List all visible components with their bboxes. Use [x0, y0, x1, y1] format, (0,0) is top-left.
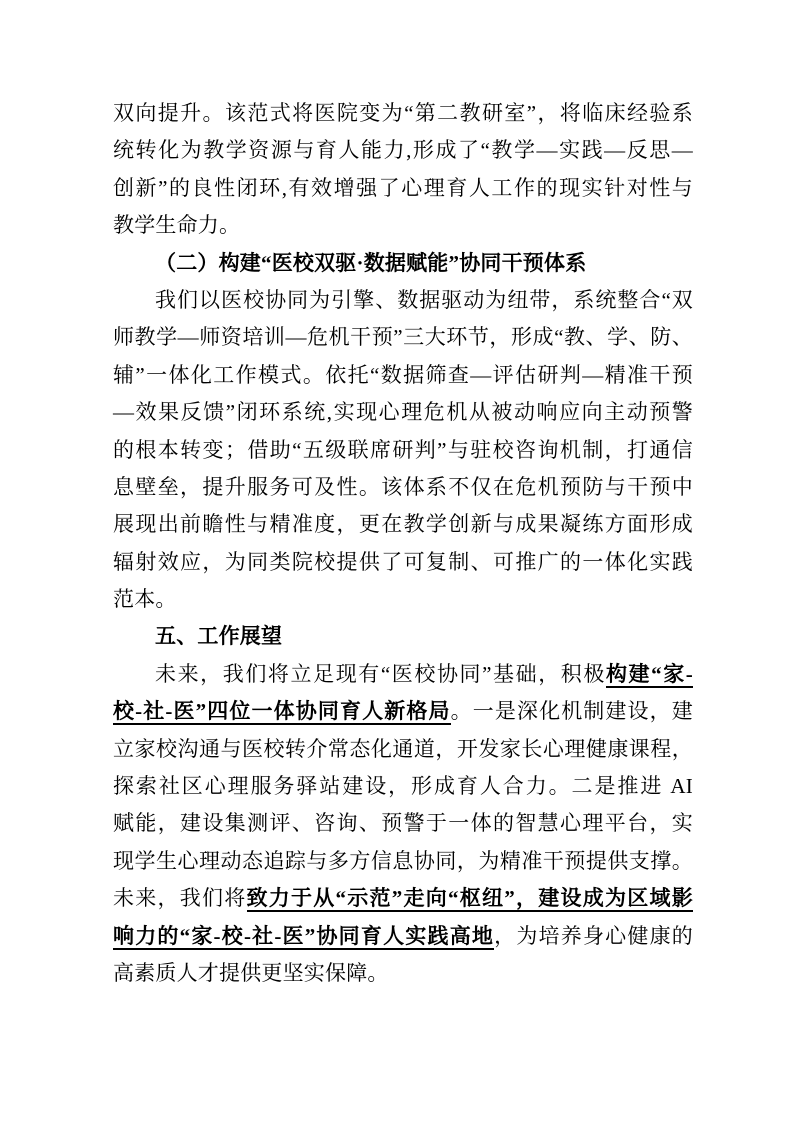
text-run: 息壁垒，提升服务可及性。该体系不仅在危机预防与干预中: [113, 475, 693, 499]
text-run: 辐射效应，为同类院校提供了可复制、可推广的一体化实践: [113, 550, 693, 574]
text-run: 展现出前瞻性与精准度，更在教学创新与成果凝练方面形成: [113, 512, 693, 536]
text-run: 。一是深化机制建设，建: [451, 699, 693, 723]
text-line: 展现出前瞻性与精准度，更在教学创新与成果凝练方面形成: [113, 506, 693, 543]
text-line: 息壁垒，提升服务可及性。该体系不仅在危机预防与干预中: [113, 469, 693, 506]
text-run: 范本。: [113, 587, 177, 611]
text-run: 现学生心理动态追踪与多方信息协同，为精准干预提供支撑。: [113, 849, 693, 873]
text-run: 教学生命力。: [113, 213, 240, 237]
text-run: —效果反馈”闭环系统,实现心理危机从被动响应向主动预警: [113, 400, 693, 424]
text-line: 的根本转变；借助“五级联席研判”与驻校咨询机制，打通信: [113, 432, 693, 469]
text-run: 的根本转变；借助“五级联席研判”与驻校咨询机制，打通信: [113, 438, 693, 462]
text-run: 辅”一体化工作模式。依托“数据筛查—评估研判—精准干预: [113, 363, 693, 387]
text-line: 双向提升。该范式将医院变为“第二教研室”，将临床经验系: [113, 95, 693, 132]
emphasis-text: 构建“家-: [606, 662, 693, 688]
text-run: 未来，我们将: [113, 886, 247, 910]
text-line: 现学生心理动态追踪与多方信息协同，为精准干预提供支撑。: [113, 843, 693, 880]
text-line: 我们以医校协同为引擎、数据驱动为纽带，系统整合“双: [113, 282, 693, 319]
text-run: 创新”的良性闭环,有效增强了心理育人工作的现实针对性与: [113, 176, 693, 200]
text-line: 未来，我们将致力于从“示范”走向“枢纽”，建设成为区域影: [113, 880, 693, 917]
document-body: 双向提升。该范式将医院变为“第二教研室”，将临床经验系统转化为教学资源与育人能力…: [113, 95, 693, 992]
emphasis-text: 五、工作展望: [155, 624, 282, 648]
text-run: 赋能，建设集测评、咨询、预警于一体的智慧心理平台，实: [113, 811, 693, 835]
emphasis-text: （二）构建“医校双驱·数据赋能”协同干预体系: [155, 251, 586, 275]
section-heading: （二）构建“医校双驱·数据赋能”协同干预体系: [113, 245, 693, 282]
text-run: 师教学—师资培训—危机干预”三大环节，形成“教、学、防、: [113, 325, 693, 349]
text-line: 高素质人才提供更坚实保障。: [113, 955, 693, 992]
text-line: 师教学—师资培训—危机干预”三大环节，形成“教、学、防、: [113, 319, 693, 356]
text-line: 探索社区心理服务驿站建设，形成育人合力。二是推进 AI: [113, 768, 693, 805]
text-run: 我们以医校协同为引擎、数据驱动为纽带，系统整合“双: [155, 288, 693, 312]
text-run: 立家校沟通与医校转介常态化通道，开发家长心理健康课程，: [113, 737, 693, 761]
text-line: 范本。: [113, 581, 693, 618]
text-line: 辅”一体化工作模式。依托“数据筛查—评估研判—精准干预: [113, 357, 693, 394]
text-run: 探索社区心理服务驿站建设，形成育人合力。二是推进 AI: [113, 774, 693, 798]
emphasis-text: 致力于从“示范”走向“枢纽”，建设成为区域影: [247, 886, 693, 912]
text-run: 高素质人才提供更坚实保障。: [113, 961, 389, 985]
section-heading: 五、工作展望: [113, 618, 693, 655]
text-line: 创新”的良性闭环,有效增强了心理育人工作的现实针对性与: [113, 170, 693, 207]
text-line: 响力的“家-校-社-医”协同育人实践高地，为培养身心健康的: [113, 918, 693, 955]
emphasis-text: 校-社-医”四位一体协同育人新格局: [113, 699, 451, 725]
text-line: —效果反馈”闭环系统,实现心理危机从被动响应向主动预警: [113, 394, 693, 431]
emphasis-text: 响力的“家-校-社-医”协同育人实践高地: [113, 924, 494, 950]
text-line: 立家校沟通与医校转介常态化通道，开发家长心理健康课程，: [113, 731, 693, 768]
text-run: ，为培养身心健康的: [494, 924, 693, 948]
text-run: 统转化为教学资源与育人能力,形成了“教学—实践—反思—: [113, 138, 693, 162]
text-line: 辐射效应，为同类院校提供了可复制、可推广的一体化实践: [113, 544, 693, 581]
text-line: 统转化为教学资源与育人能力,形成了“教学—实践—反思—: [113, 132, 693, 169]
document-page: 双向提升。该范式将医院变为“第二教研室”，将临床经验系统转化为教学资源与育人能力…: [0, 0, 793, 1122]
text-line: 赋能，建设集测评、咨询、预警于一体的智慧心理平台，实: [113, 805, 693, 842]
text-run: 未来，我们将立足现有“医校协同”基础，积极: [155, 662, 606, 686]
text-line: 未来，我们将立足现有“医校协同”基础，积极构建“家-: [113, 656, 693, 693]
text-line: 校-社-医”四位一体协同育人新格局。一是深化机制建设，建: [113, 693, 693, 730]
text-run: 双向提升。该范式将医院变为“第二教研室”，将临床经验系: [113, 101, 693, 125]
text-line: 教学生命力。: [113, 207, 693, 244]
